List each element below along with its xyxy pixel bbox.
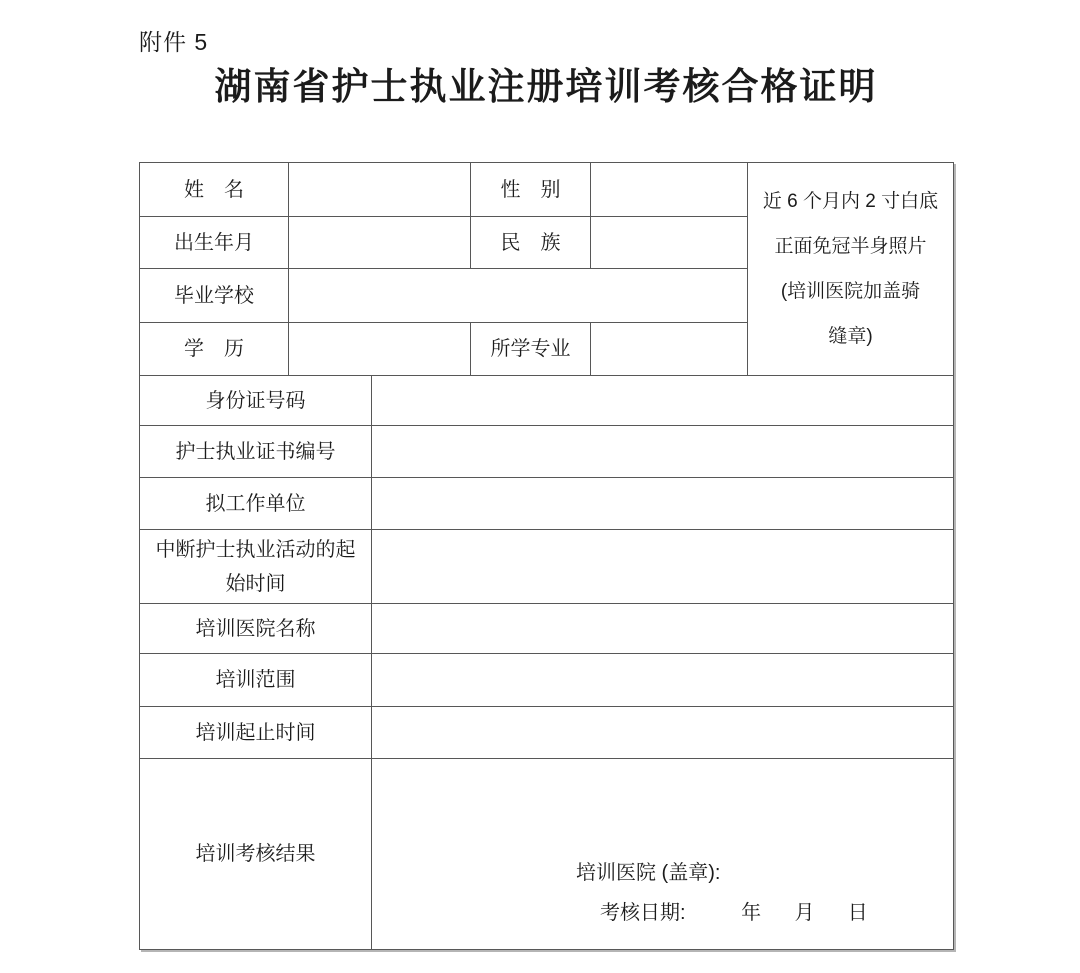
license-number-value-cell <box>372 426 954 478</box>
training-hospital-value-cell <box>372 604 954 654</box>
id-number-value-cell <box>372 376 954 426</box>
ethnicity-label: 民 族 <box>471 217 591 269</box>
training-period-value-cell <box>372 707 954 759</box>
row-intended-employer: 拟工作单位 <box>140 478 954 530</box>
education-value-cell <box>289 323 471 376</box>
assessment-date-line: 考核日期: 年 月 日 <box>576 893 953 933</box>
row-interruption-period: 中断护士执业活动的起始时间 <box>140 530 954 604</box>
photo-note-line: 近 6 个月内 2 寸白底 <box>756 179 945 224</box>
intended-employer-label: 拟工作单位 <box>140 478 372 530</box>
name-label: 姓 名 <box>140 163 289 217</box>
photo-note-line: 正面免冠半身照片 <box>756 224 945 269</box>
school-value-cell <box>289 269 748 323</box>
license-number-label: 护士执业证书编号 <box>140 426 372 478</box>
photo-note-line: (培训医院加盖骑 <box>756 269 945 314</box>
row-assessment-result: 培训考核结果 培训医院 (盖章): 考核日期: 年 月 日 <box>140 759 954 950</box>
hospital-stamp-line: 培训医院 (盖章): <box>576 853 953 893</box>
document-page: 附件 5 湖南省护士执业注册培训考核合格证明 姓 名 性 别 近 6 个月内 2… <box>0 0 1080 973</box>
birth-value-cell <box>289 217 471 269</box>
row-id-number: 身份证号码 <box>140 376 954 426</box>
school-label: 毕业学校 <box>140 269 289 323</box>
intended-employer-value-cell <box>372 478 954 530</box>
photo-instruction-cell: 近 6 个月内 2 寸白底 正面免冠半身照片 (培训医院加盖骑 缝章) <box>748 163 954 376</box>
gender-value-cell <box>591 163 748 217</box>
training-hospital-label: 培训医院名称 <box>140 604 372 654</box>
gender-label: 性 别 <box>471 163 591 217</box>
photo-note-line: 缝章) <box>756 314 945 359</box>
row-training-scope: 培训范围 <box>140 654 954 707</box>
row-license-number: 护士执业证书编号 <box>140 426 954 478</box>
name-value-cell <box>289 163 471 217</box>
birth-label: 出生年月 <box>140 217 289 269</box>
row-name-gender: 姓 名 性 别 近 6 个月内 2 寸白底 正面免冠半身照片 (培训医院加盖骑 … <box>140 163 954 217</box>
interruption-period-label: 中断护士执业活动的起始时间 <box>140 530 372 604</box>
major-label: 所学专业 <box>471 323 591 376</box>
ethnicity-value-cell <box>591 217 748 269</box>
row-training-period: 培训起止时间 <box>140 707 954 759</box>
training-period-label: 培训起止时间 <box>140 707 372 759</box>
attachment-label: 附件 5 <box>139 24 208 57</box>
interruption-period-value-cell <box>372 530 954 604</box>
major-value-cell <box>591 323 748 376</box>
training-scope-value-cell <box>372 654 954 707</box>
training-scope-label: 培训范围 <box>140 654 372 707</box>
assessment-result-label: 培训考核结果 <box>140 759 372 950</box>
row-training-hospital: 培训医院名称 <box>140 604 954 654</box>
registration-form-table: 姓 名 性 别 近 6 个月内 2 寸白底 正面免冠半身照片 (培训医院加盖骑 … <box>139 162 954 950</box>
page-title: 湖南省护士执业注册培训考核合格证明 <box>139 56 953 110</box>
id-number-label: 身份证号码 <box>140 376 372 426</box>
assessment-result-value-cell: 培训医院 (盖章): 考核日期: 年 月 日 <box>372 759 954 950</box>
education-label: 学 历 <box>140 323 289 376</box>
